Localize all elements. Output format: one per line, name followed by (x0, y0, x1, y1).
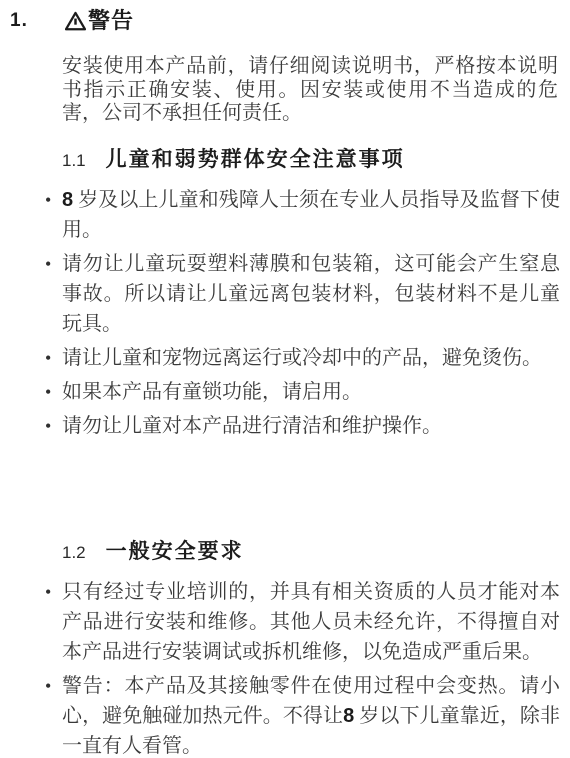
bullet-icon: • (45, 343, 51, 373)
section-heading-1-2: 1.2 一般安全要求 (62, 540, 557, 565)
bullet-text-segment: 请让儿童和宠物远离运行或冷却中的产品，避免烫伤。 (62, 347, 542, 369)
bullet-text-segment: 8 (62, 189, 73, 211)
bullet-icon: • (45, 411, 51, 441)
chapter-number: 1. (10, 8, 65, 34)
section-1-2-bullet-list: •只有经过专业培训的，并具有相关资质的人员才能对本产品进行安装和维修。其他人员未… (62, 577, 560, 758)
bullet-icon: • (45, 185, 51, 215)
bullet-text-segment: 岁及以上儿童和残障人士须在专业人员指导及监督下使用。 (62, 189, 560, 241)
bullet-icon: • (45, 377, 51, 407)
list-item: •只有经过专业培训的，并具有相关资质的人员才能对本产品进行安装和维修。其他人员未… (62, 577, 560, 667)
section-title: 一般安全要求 (106, 540, 244, 564)
chapter-heading: 1. 警告 (10, 8, 557, 34)
section-number: 1.2 (62, 541, 86, 565)
list-item: •请勿让儿童玩耍塑料薄膜和包装箱，这可能会产生窒息事故。所以请让儿童远离包装材料… (62, 249, 560, 339)
warning-triangle-icon (65, 11, 86, 31)
section-heading-1-1: 1.1 儿童和弱势群体安全注意事项 (62, 148, 557, 173)
bullet-text-segment: 如果本产品有童锁功能，请启用。 (62, 381, 362, 403)
bullet-icon: • (45, 577, 51, 607)
section-number: 1.1 (62, 149, 86, 173)
bullet-text-segment: 请勿让儿童玩耍塑料薄膜和包装箱，这可能会产生窒息事故。所以请让儿童远离包装材料，… (62, 253, 560, 335)
list-item: •请勿让儿童对本产品进行清洁和维护操作。 (62, 411, 560, 441)
section-title: 儿童和弱势群体安全注意事项 (106, 148, 405, 172)
bullet-icon: • (45, 249, 51, 279)
list-item: •8 岁及以上儿童和残障人士须在专业人员指导及监督下使用。 (62, 185, 560, 245)
bullet-text-segment: 8 (343, 705, 354, 727)
section-1-1-bullet-list: •8 岁及以上儿童和残障人士须在专业人员指导及监督下使用。 •请勿让儿童玩耍塑料… (62, 185, 560, 441)
list-item: •如果本产品有童锁功能，请启用。 (62, 377, 560, 407)
chapter-title-text: 警告 (88, 8, 134, 34)
chapter-title: 警告 (65, 8, 134, 34)
bullet-text-segment: 只有经过专业培训的，并具有相关资质的人员才能对本产品进行安装和维修。其他人员未经… (62, 581, 560, 663)
list-item: •请让儿童和宠物远离运行或冷却中的产品，避免烫伤。 (62, 343, 560, 373)
list-item: •警告：本产品及其接触零件在使用过程中会变热。请小心，避免触碰加热元件。不得让8… (62, 671, 560, 758)
manual-page: 1. 警告 安装使用本产品前，请仔细阅读说明书，严格按本说明书指示正确安装、使用… (0, 0, 570, 758)
bullet-icon: • (45, 671, 51, 701)
bullet-text-segment: 请勿让儿童对本产品进行清洁和维护操作。 (62, 415, 442, 437)
intro-paragraph: 安装使用本产品前，请仔细阅读说明书，严格按本说明书指示正确安装、使用。因安装或使… (62, 55, 558, 126)
